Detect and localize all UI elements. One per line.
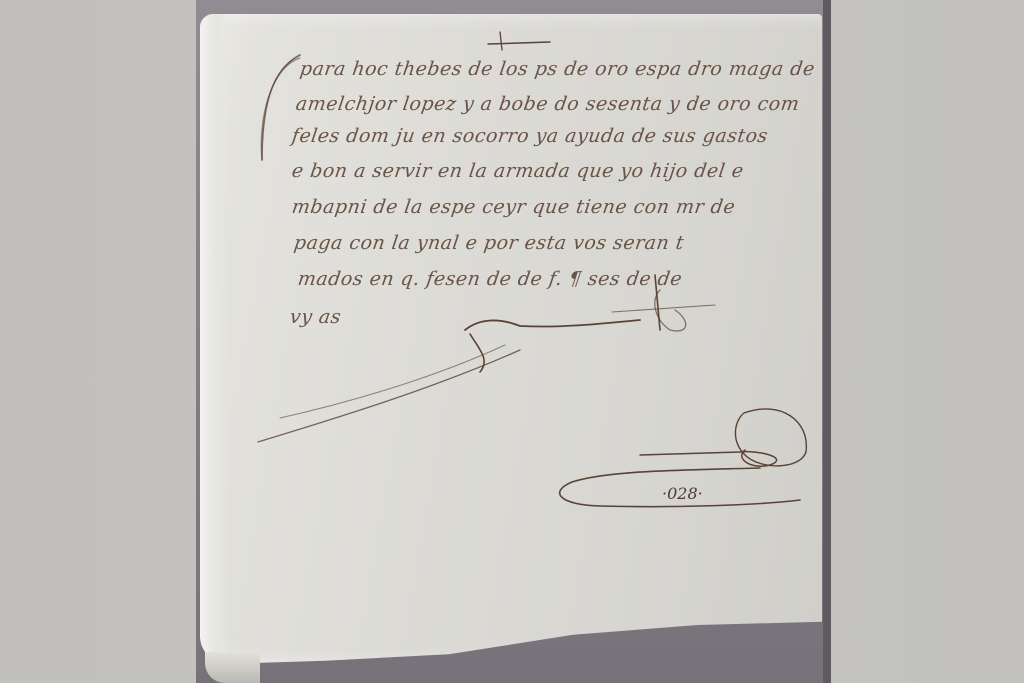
- manuscript-line-4: e bon a servir en la armada que yo hijo …: [290, 160, 745, 182]
- page-bottom-edge: [205, 652, 260, 683]
- manuscript-line-2: amelchjor lopez y a bobe do sesenta y de…: [294, 93, 800, 115]
- page-curl-highlight: [200, 14, 228, 664]
- folio-number: ·028·: [662, 484, 703, 503]
- manuscript-line-6: paga con la ynal e por esta vos seran t: [292, 232, 685, 254]
- manuscript-line-1: para hoc thebes de los ps de oro espa dr…: [298, 58, 816, 80]
- manuscript-line-7: mados en q. fesen de de f. ¶ ses de de: [296, 268, 683, 290]
- manuscript-line-8: vy as: [288, 306, 342, 328]
- manuscript-line-5: mbapni de la espe ceyr que tiene con mr …: [290, 196, 736, 218]
- page-edge-shadow: [823, 0, 831, 683]
- manuscript-line-3: feles dom ju en socorro ya ayuda de sus …: [290, 125, 769, 147]
